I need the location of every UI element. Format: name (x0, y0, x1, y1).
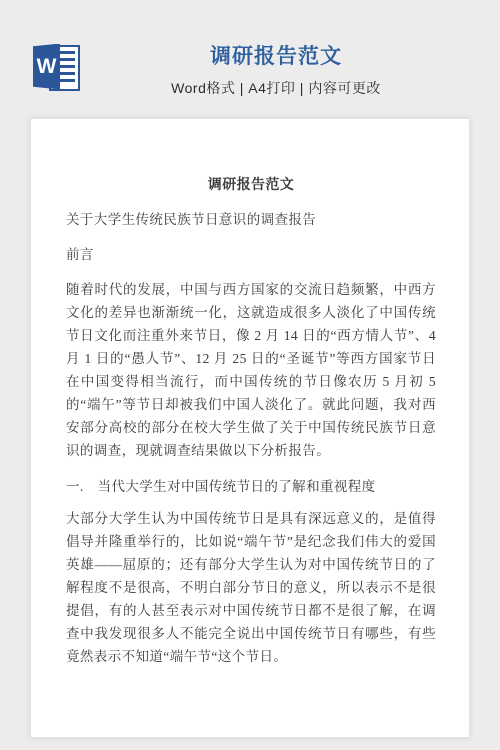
doc-title: 调研报告范文 (66, 174, 436, 197)
document-page: 调研报告范文 关于大学生传统民族节日意识的调查报告 前言 随着时代的发展，中国与… (30, 118, 470, 738)
doc-paragraph-intro: 随着时代的发展，中国与西方国家的交流日趋频繁，中西方文化的差异也渐渐统一化，这就… (66, 278, 436, 462)
doc-preface-label: 前言 (66, 243, 436, 266)
word-icon-letter: W (33, 44, 60, 90)
header-text-block: 调研报告范文 Word格式 | A4打印 | 内容可更改 (80, 38, 500, 98)
page-subtitle: Word格式 | A4打印 | 内容可更改 (80, 78, 472, 98)
word-icon: W (33, 42, 80, 95)
doc-section-heading: 一. 当代大学生对中国传统节日的了解和重视程度 (66, 475, 436, 498)
header: W 调研报告范文 Word格式 | A4打印 | 内容可更改 (0, 0, 500, 98)
page-title: 调研报告范文 (80, 40, 472, 70)
doc-paragraph-section-1: 大部分大学生认为中国传统节日是具有深远意义的，是值得倡导并隆重举行的，比如说“端… (66, 507, 436, 668)
template-preview-page: W 调研报告范文 Word格式 | A4打印 | 内容可更改 调研报告范文 关于… (0, 0, 500, 738)
doc-subtitle-line: 关于大学生传统民族节日意识的调查报告 (66, 208, 436, 231)
